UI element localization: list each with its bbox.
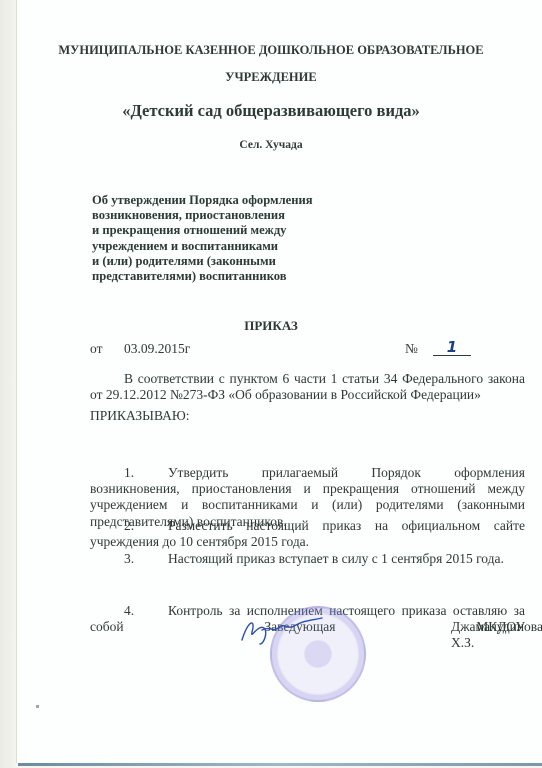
subject-line: возникновения, приостановления [92,208,313,223]
legal-basis: В соответствии с пунктом 6 части 1 стать… [90,371,525,403]
organization-name-line1: МУНИЦИПАЛЬНОЕ КАЗЕННОЕ ДОШКОЛЬНОЕ ОБРАЗО… [0,43,542,58]
order-subject: Об утверждении Порядка оформления возник… [92,193,313,284]
subject-line: и (или) родителями (законными [92,254,313,269]
date-prefix: от [90,341,102,357]
orders-heading: ПРИКАЗЫВАЮ: [90,408,190,424]
order-number-label: № [405,341,418,357]
village-name: Сел. Хучада [0,139,542,151]
item-number: 3. [124,551,168,567]
organization-name-line2: УЧРЕЖДЕНИЕ [0,70,542,85]
item-number: 2. [124,518,168,534]
order-number: 1 [433,339,471,356]
scan-speck [36,705,39,708]
subject-line: учреждением и воспитанниками [92,239,313,254]
subject-line: представителями) воспитанников [92,269,313,284]
order-item: 3.Настоящий приказ вступает в силу с 1 с… [90,551,525,567]
item-number: 4. [124,603,168,619]
subject-line: и прекращения отношений между [92,223,313,238]
kindergarten-name: «Детский сад общеразвивающего вида» [0,101,542,121]
order-title: ПРИКАЗ [0,318,542,334]
item-number: 1. [124,465,168,481]
signer-name: Джамалудинова Х.З. [451,619,542,651]
item-text: Настоящий приказ вступает в силу с 1 сен… [168,551,504,566]
subject-line: Об утверждении Порядка оформления [92,193,313,208]
signature [234,610,324,650]
order-date: 03.09.2015г [124,341,190,357]
order-item: 2.Разместить настоящий приказ на официал… [90,518,525,550]
scan-bottom-edge [18,763,542,766]
